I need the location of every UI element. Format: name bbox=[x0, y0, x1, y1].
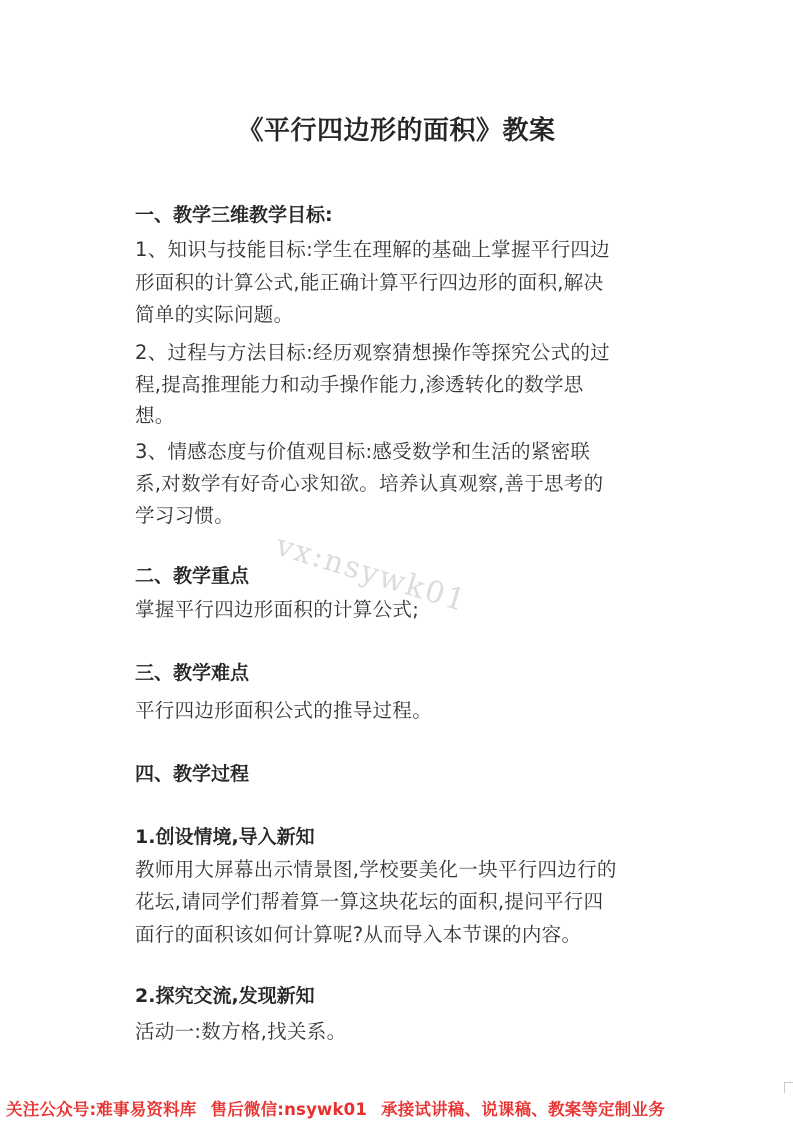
paragraph-line: 面行的面积该如何计算呢?从而导入本节课的内容。 bbox=[135, 919, 581, 947]
section-heading-difficulties: 三、教学难点 bbox=[135, 658, 249, 685]
footer-services: 承接试讲稿、说课稿、教案等定制业务 bbox=[381, 1100, 665, 1119]
paragraph-line: 3、情感态度与价值观目标:感受数学和生活的紧密联 bbox=[135, 436, 590, 464]
footer-public-account: 关注公众号:难事易资料库 bbox=[6, 1100, 197, 1119]
footer-banner: 关注公众号:难事易资料库售后微信:nsywk01承接试讲稿、说课稿、教案等定制业… bbox=[0, 1094, 793, 1122]
paragraph-line: 系,对数学有好奇心求知欲。培养认真观察,善于思考的 bbox=[135, 468, 603, 496]
subsection-heading-exploration: 2.探究交流,发现新知 bbox=[135, 981, 315, 1008]
section-heading-process: 四、教学过程 bbox=[135, 759, 249, 786]
paragraph-line: 程,提高推理能力和动手操作能力,渗透转化的数学思 bbox=[135, 369, 584, 397]
paragraph-line: 学习习惯。 bbox=[135, 500, 234, 528]
paragraph-line: 掌握平行四边形面积的计算公式; bbox=[135, 594, 419, 622]
paragraph-line: 2、过程与方法目标:经历观察猜想操作等探究公式的过 bbox=[135, 337, 610, 365]
document-title: 《平行四边形的面积》教案 bbox=[0, 110, 793, 147]
paragraph-line: 花坛,请同学们帮着算一算这块花坛的面积,提问平行四 bbox=[135, 886, 603, 914]
footer-wechat: 售后微信:nsywk01 bbox=[211, 1100, 368, 1119]
page-corner-mark bbox=[784, 1082, 793, 1093]
subsection-heading-introduction: 1.创设情境,导入新知 bbox=[135, 822, 315, 849]
section-heading-key-points: 二、教学重点 bbox=[135, 561, 249, 588]
document-page: 《平行四边形的面积》教案 一、教学三维教学目标: 1、知识与技能目标:学生在理解… bbox=[0, 0, 793, 1122]
paragraph-line: 教师用大屏幕出示情景图,学校要美化一块平行四边行的 bbox=[135, 854, 617, 882]
paragraph-line: 简单的实际问题。 bbox=[135, 299, 293, 327]
paragraph-line: 1、知识与技能目标:学生在理解的基础上掌握平行四边 bbox=[135, 234, 610, 262]
paragraph-line: 平行四边形面积公式的推导过程。 bbox=[135, 695, 432, 723]
paragraph-line: 想。 bbox=[135, 400, 175, 428]
section-heading-objectives: 一、教学三维教学目标: bbox=[135, 200, 333, 227]
paragraph-line: 活动一:数方格,找关系。 bbox=[135, 1016, 346, 1044]
footer-text: 关注公众号:难事易资料库售后微信:nsywk01承接试讲稿、说课稿、教案等定制业… bbox=[6, 1096, 679, 1120]
paragraph-line: 形面积的计算公式,能正确计算平行四边形的面积,解决 bbox=[135, 267, 603, 295]
